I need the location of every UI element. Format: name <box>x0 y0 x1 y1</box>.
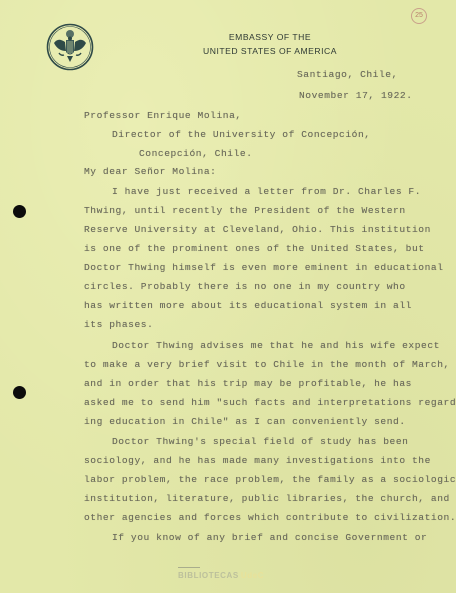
letterhead: EMBASSY OF THE UNITED STATES OF AMERICA <box>190 30 350 58</box>
letterhead-line-2: UNITED STATES OF AMERICA <box>190 44 350 58</box>
body-line: and in order that his trip may be profit… <box>84 378 412 390</box>
body-line: circles. Probably there is no one in my … <box>84 281 406 293</box>
salutation: My dear Señor Molina: <box>84 166 216 178</box>
page-number-stamp: 25 <box>411 8 427 24</box>
body-line: is one of the prominent ones of the Unit… <box>84 243 425 255</box>
addressee-location: Concepción, Chile. <box>139 148 253 160</box>
body-line: has written more about its educational s… <box>84 300 412 312</box>
body-line: If you know of any brief and concise Gov… <box>112 532 427 544</box>
body-line: Reserve University at Cleveland, Ohio. T… <box>84 224 431 236</box>
punch-hole <box>13 205 26 218</box>
watermark-text: BIBLIOTECAS <box>178 571 239 580</box>
body-line: to make a very brief visit to Chile in t… <box>84 359 450 371</box>
body-line: I have just received a letter from Dr. C… <box>112 186 421 198</box>
body-line: its phases. <box>84 319 153 331</box>
body-line: institution, literature, public librarie… <box>84 493 450 505</box>
body-line: Doctor Thwing advises me that he and his… <box>112 340 440 352</box>
body-line: ing education in Chile" as I can conveni… <box>84 416 406 428</box>
body-line: Thwing, until recently the President of … <box>84 205 406 217</box>
body-line: Doctor Thwing's special field of study h… <box>112 436 408 448</box>
body-line: other agencies and forces which contribu… <box>84 512 456 524</box>
addressee-name: Professor Enrique Molina, <box>84 110 242 122</box>
body-line: Doctor Thwing himself is even more emine… <box>84 262 444 274</box>
letter-page: 25 EMBASSY OF THE UNITED STATES OF AMERI… <box>0 0 456 593</box>
body-line: sociology, and he has made many investig… <box>84 455 431 467</box>
punch-hole <box>13 386 26 399</box>
letterhead-line-1: EMBASSY OF THE <box>190 30 350 44</box>
addressee-title: Director of the University of Concepción… <box>112 129 371 141</box>
watermark-bar <box>178 567 200 568</box>
place-line: Santiago, Chile, <box>297 69 398 81</box>
date-line: November 17, 1922. <box>299 90 413 102</box>
body-line: asked me to send him "such facts and int… <box>84 397 456 409</box>
watermark-suffix: UdeC <box>241 571 264 580</box>
great-seal-icon <box>46 23 94 71</box>
library-watermark: BIBLIOTECASUdeC <box>178 571 264 580</box>
body-line: labor problem, the race problem, the fam… <box>84 474 456 486</box>
